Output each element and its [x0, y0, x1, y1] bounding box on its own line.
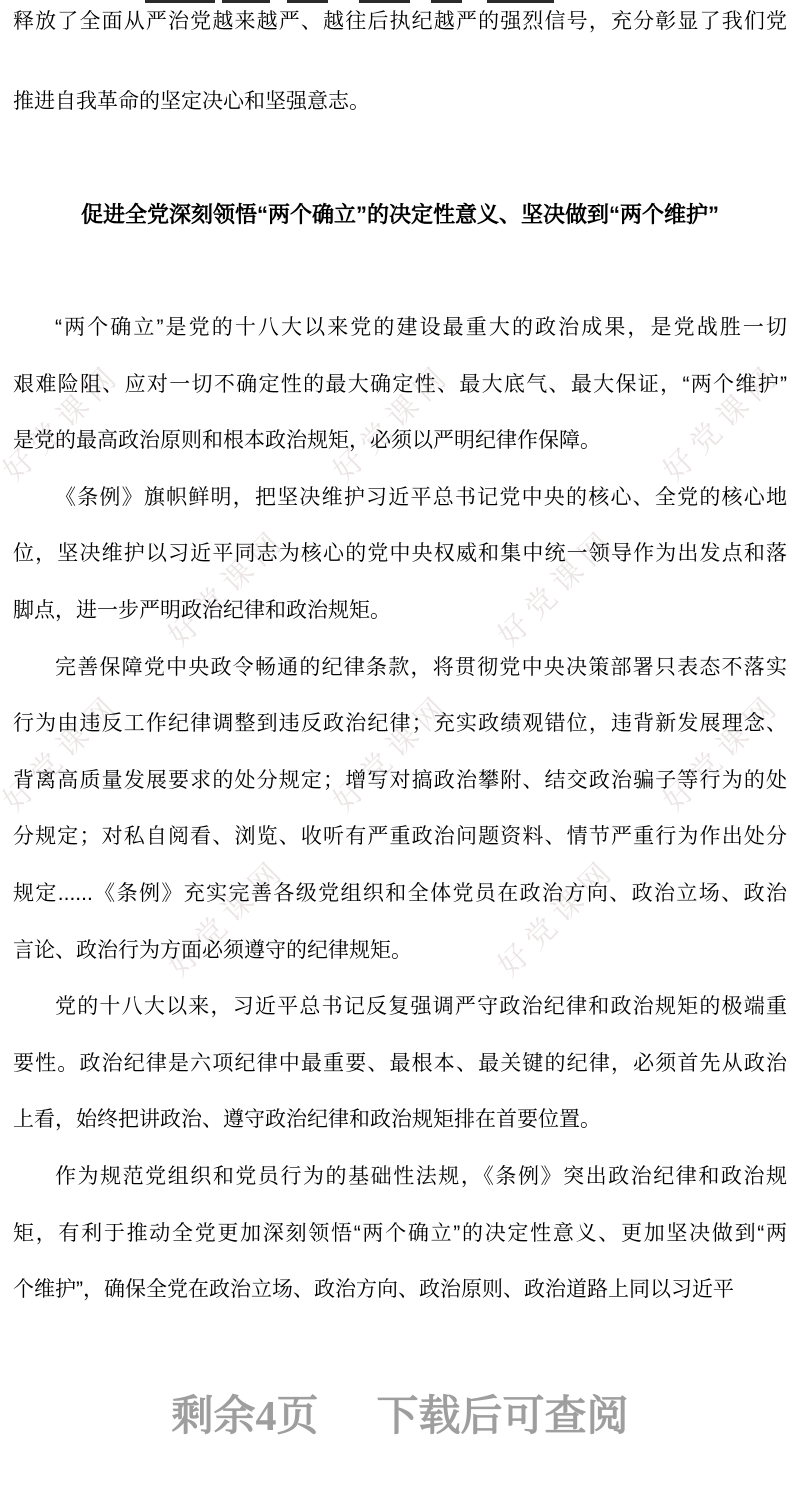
paragraph-2-line-3: 脚点，进一步严明政治纪律和政治规矩。 [13, 583, 787, 640]
paragraph-2-line-1: 《条例》旗帜鲜明，把坚决维护习近平总书记党中央的核心、全党的核心地 [13, 470, 787, 527]
paragraph-4-line-1: 党的十八大以来，习近平总书记反复强调严守政治纪律和政治规矩的极端重 [13, 979, 787, 1036]
document-body: “两个确立”是党的十八大以来党的建设最重大的政治成果，是党战胜一切艰难险阻、应对… [13, 300, 787, 1319]
continuation-paragraph: 释放了全面从严治党越来越严、越往后执纪越严的强烈信号，充分彰显了我们党推进自我革… [13, 0, 787, 142]
paragraph-4-line-3: 上看，始终把讲政治、遵守政治纪律和政治规矩排在首要位置。 [13, 1092, 787, 1149]
paragraph-5-line-3: 个维护”，确保全党在政治立场、政治方向、政治原则、政治道路上同以习近平 [13, 1262, 787, 1319]
continuation-line-2: 推进自我革命的坚定决心和坚强意志。 [13, 62, 787, 142]
paragraph-3-line-6: 言论、政治行为方面必须遵守的纪律规矩。 [13, 923, 787, 980]
paragraph-5-line-1: 作为规范党组织和党员行为的基础性法规，《条例》突出政治纪律和政治规 [13, 1149, 787, 1206]
continuation-line-1: 释放了全面从严治党越来越严、越往后执纪越严的强烈信号，充分彰显了我们党 [13, 0, 787, 62]
paragraph-1-line-3: 是党的最高政治原则和根本政治规矩，必须以严明纪律作保障。 [13, 413, 787, 470]
section-heading: 促进全党深刻领悟“两个确立”的决定性意义、坚决做到“两个维护” [0, 187, 800, 243]
paragraph-1-line-2: 艰难险阻、应对一切不确定性的最大确定性、最大底气、最大保证，“两个维护” [13, 357, 787, 414]
paragraph-1-line-1: “两个确立”是党的十八大以来党的建设最重大的政治成果，是党战胜一切 [13, 300, 787, 357]
download-hint-label: 下载后可查阅 [377, 1394, 629, 1440]
paragraph-2-line-2: 位，坚决维护以习近平同志为核心的党中央权威和集中统一领导作为出发点和落 [13, 526, 787, 583]
paragraph-3-line-2: 行为由违反工作纪律调整到违反政治纪律；充实政绩观错位，违背新发展理念、 [13, 696, 787, 753]
remaining-pages-label: 剩余4页 [171, 1394, 318, 1440]
paragraph-5-line-2: 矩，有利于推动全党更加深刻领悟“两个确立”的决定性意义、更加坚决做到“两 [13, 1206, 787, 1263]
paragraph-4-line-2: 要性。政治纪律是六项纪律中最重要、最根本、最关键的纪律，必须首先从政治 [13, 1036, 787, 1093]
paragraph-3-line-5: 规定......《条例》充实完善各级党组织和全体党员在政治方向、政治立场、政治 [13, 866, 787, 923]
pager-note: 剩余4页下载后可查阅 [0, 1393, 800, 1441]
paragraph-3-line-4: 分规定；对私自阅看、浏览、收听有严重政治问题资料、情节严重行为作出处分 [13, 809, 787, 866]
paragraph-3-line-1: 完善保障党中央政令畅通的纪律条款，将贯彻党中央决策部署只表态不落实 [13, 640, 787, 697]
paragraph-3-line-3: 背离高质量发展要求的处分规定；增写对搞政治攀附、结交政治骗子等行为的处 [13, 753, 787, 810]
